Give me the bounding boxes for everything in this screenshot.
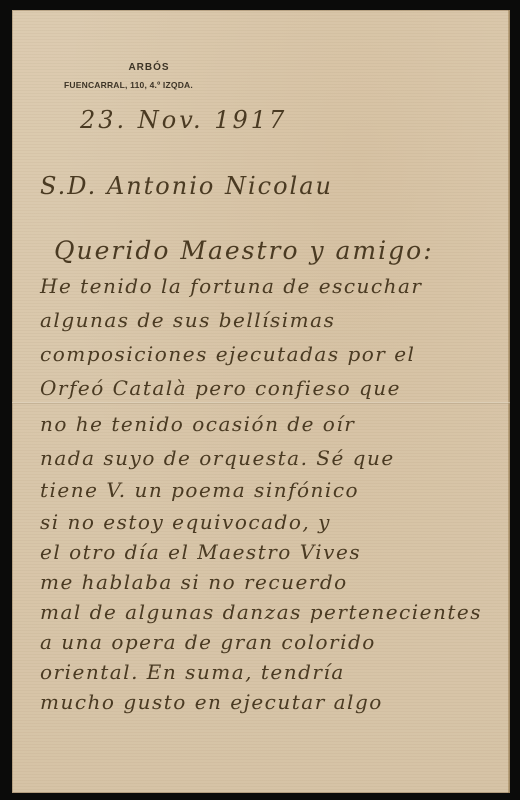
body-line: Orfeó Català pero confieso que (40, 376, 401, 400)
body-line: He tenido la fortuna de escuchar (40, 274, 423, 298)
letterhead-address: FUENCARRAL, 110, 4.º IZQDA. (64, 80, 214, 90)
body-line: algunas de sus bellísimas (40, 308, 335, 332)
body-line: nada suyo de orquesta. Sé que (40, 446, 395, 470)
letter-addressee: S.D. Antonio Nicolau (40, 172, 333, 200)
body-line: tiene V. un poema sinfónico (40, 478, 359, 502)
body-line: composiciones ejecutadas por el (40, 342, 415, 366)
body-line: me hablaba si no recuerdo (40, 570, 348, 594)
body-line: mal de algunas danzas pertenecientes (40, 600, 482, 624)
body-line: si no estoy equivocado, y (40, 510, 331, 534)
letterhead: ARBÓS FUENCARRAL, 110, 4.º IZQDA. (64, 62, 214, 90)
body-line: oriental. En suma, tendría (40, 660, 345, 684)
scan-background: ARBÓS FUENCARRAL, 110, 4.º IZQDA. 23. No… (0, 0, 520, 800)
body-line: el otro día el Maestro Vives (40, 540, 361, 564)
letter-date: 23. Nov. 1917 (80, 106, 287, 134)
body-line: mucho gusto en ejecutar algo (40, 690, 383, 714)
letterhead-name: ARBÓS (84, 62, 214, 73)
letter-sheet: ARBÓS FUENCARRAL, 110, 4.º IZQDA. 23. No… (12, 10, 510, 793)
body-line: no he tenido ocasión de oír (40, 412, 355, 436)
letter-greeting: Querido Maestro y amigo: (54, 236, 434, 265)
paper-fold-crease (12, 402, 510, 404)
body-line: a una opera de gran colorido (40, 630, 376, 654)
